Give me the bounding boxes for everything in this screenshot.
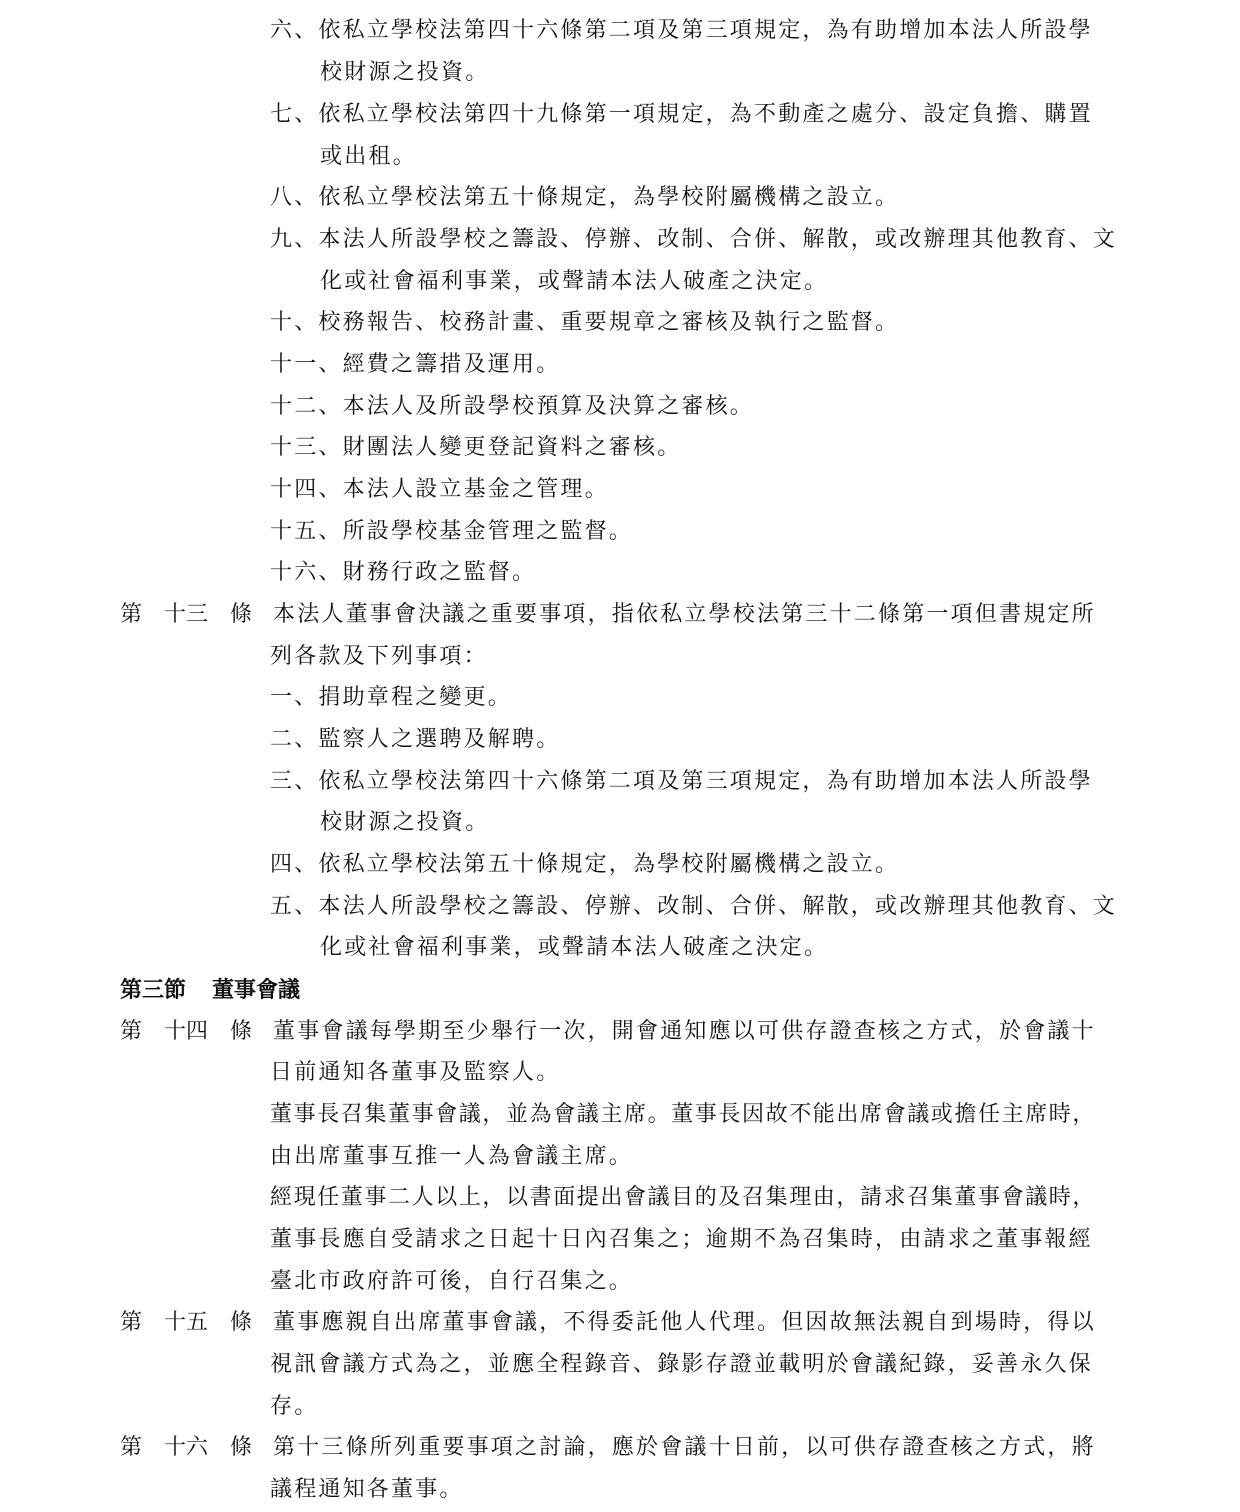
item-text: 本法人所設學校之籌設、停辦、改制、合併、解散，或改辦理其他教育、文 [318, 227, 1117, 252]
item-text: 校務報告、校務計畫、重要規章之審核及執行之監督。 [318, 310, 899, 335]
item-number: 一、 [270, 685, 318, 710]
item-number: 八、 [270, 185, 318, 210]
label-number: 十四 [164, 1011, 208, 1053]
list-item-12: 十二、本法人及所設學校預算及決算之審核。 [270, 386, 754, 428]
item-number: 十三、 [270, 435, 343, 460]
item-text: 經費之籌措及運用。 [343, 352, 561, 377]
item-text: 依私立學校法第四十六條第二項及第三項規定，為有助增加本法人所設學 [318, 18, 1092, 43]
label-prefix: 第 [120, 1011, 142, 1053]
label-number: 十六 [164, 1427, 208, 1469]
article-14-para-2-cont: 由出席董事互推一人為會議主席。 [270, 1136, 633, 1178]
section-heading: 第三節董事會議 [120, 969, 300, 1011]
item-text: 依私立學校法第五十條規定，為學校附屬機構之設立。 [318, 185, 899, 210]
item-number: 十五、 [270, 519, 343, 544]
item-text: 捐助章程之變更。 [318, 685, 512, 710]
label-prefix: 第 [120, 1427, 142, 1469]
label-number: 十五 [164, 1302, 208, 1344]
label-suffix: 條 [230, 1427, 252, 1469]
item-number: 十四、 [270, 477, 343, 502]
article-15-label: 第十五條 [120, 1302, 252, 1344]
list-item-7-cont: 或出租。 [320, 136, 417, 178]
item-text: 本法人所設學校之籌設、停辦、改制、合併、解散，或改辦理其他教育、文 [318, 894, 1117, 919]
item-number: 二、 [270, 727, 318, 752]
item-number: 六、 [270, 18, 318, 43]
article-14-para-2: 董事長召集董事會議，並為會議主席。董事長因故不能出席會議或擔任主席時， [270, 1094, 1096, 1136]
item-number: 十六、 [270, 560, 343, 585]
item-text: 本法人及所設學校預算及決算之審核。 [343, 394, 754, 419]
item-number: 五、 [270, 894, 318, 919]
article-14-para-1: 董事會議每學期至少舉行一次，開會通知應以可供存證查核之方式，於會議十 [273, 1011, 1096, 1053]
list-item-6: 六、依私立學校法第四十六條第二項及第三項規定，為有助增加本法人所設學 [270, 10, 1093, 52]
label-prefix: 第 [120, 594, 142, 636]
list-item-14: 十四、本法人設立基金之管理。 [270, 469, 609, 511]
article-13-item-1: 一、捐助章程之變更。 [270, 677, 512, 719]
label-suffix: 條 [230, 1011, 252, 1053]
label-suffix: 條 [230, 594, 252, 636]
item-text: 財務行政之監督。 [343, 560, 537, 585]
label-prefix: 第 [120, 1302, 142, 1344]
article-14-label: 第十四條 [120, 1011, 252, 1053]
article-15-text: 董事應親自出席董事會議，不得委託他人代理。但因故無法親自到場時，得以 [273, 1302, 1096, 1344]
list-item-7: 七、依私立學校法第四十九條第一項規定，為不動產之處分、設定負擔、購置 [270, 94, 1093, 136]
item-text: 監察人之選聘及解聘。 [318, 727, 560, 752]
list-item-6-cont: 校財源之投資。 [320, 52, 489, 94]
article-13-item-5-cont: 化或社會福利事業，或聲請本法人破產之決定。 [320, 927, 828, 969]
list-item-15: 十五、所設學校基金管理之監督。 [270, 511, 633, 553]
article-14-para-3: 經現任董事二人以上，以書面提出會議目的及召集理由，請求召集董事會議時， [270, 1177, 1096, 1219]
item-number: 九、 [270, 227, 318, 252]
label-suffix: 條 [230, 1302, 252, 1344]
list-item-9-cont: 化或社會福利事業，或聲請本法人破產之決定。 [320, 261, 828, 303]
article-13-item-4: 四、依私立學校法第五十條規定，為學校附屬機構之設立。 [270, 844, 899, 886]
item-number: 三、 [270, 769, 318, 794]
list-item-11: 十一、經費之籌措及運用。 [270, 344, 560, 386]
list-item-13: 十三、財團法人變更登記資料之審核。 [270, 427, 681, 469]
item-text: 所設學校基金管理之監督。 [343, 519, 633, 544]
item-text: 依私立學校法第五十條規定，為學校附屬機構之設立。 [318, 852, 899, 877]
article-14-para-3-cont-1: 董事長應自受請求之日起十日內召集之；逾期不為召集時，由請求之董事報經 [270, 1219, 1093, 1261]
item-text: 財團法人變更登記資料之審核。 [343, 435, 682, 460]
article-13-item-2: 二、監察人之選聘及解聘。 [270, 719, 560, 761]
list-item-8: 八、依私立學校法第五十條規定，為學校附屬機構之設立。 [270, 177, 899, 219]
list-item-16: 十六、財務行政之監督。 [270, 552, 536, 594]
item-text: 依私立學校法第四十六條第二項及第三項規定，為有助增加本法人所設學 [318, 769, 1092, 794]
item-text: 本法人設立基金之管理。 [343, 477, 609, 502]
item-number: 十一、 [270, 352, 343, 377]
article-16-text-cont: 議程通知各董事。 [270, 1469, 464, 1511]
item-number: 十、 [270, 310, 318, 335]
article-13-intro: 本法人董事會決議之重要事項，指依私立學校法第三十二條第一項但書規定所 [273, 594, 1096, 636]
section-number: 第三節 [120, 977, 186, 1003]
article-15-text-cont-2: 存。 [270, 1386, 318, 1428]
item-number: 十二、 [270, 394, 343, 419]
article-13-item-5: 五、本法人所設學校之籌設、停辦、改制、合併、解散，或改辦理其他教育、文 [270, 886, 1117, 928]
section-title: 董事會議 [212, 977, 300, 1003]
article-15-text-cont-1: 視訊會議方式為之，並應全程錄音、錄影存證並載明於會議紀錄，妥善永久保 [270, 1344, 1093, 1386]
article-13-item-3: 三、依私立學校法第四十六條第二項及第三項規定，為有助增加本法人所設學 [270, 761, 1093, 803]
item-text: 依私立學校法第四十九條第一項規定，為不動產之處分、設定負擔、購置 [318, 102, 1092, 127]
article-13-label: 第十三條 [120, 594, 252, 636]
article-13-intro-cont: 列各款及下列事項： [270, 636, 488, 678]
list-item-9: 九、本法人所設學校之籌設、停辦、改制、合併、解散，或改辦理其他教育、文 [270, 219, 1117, 261]
article-14-para-1-cont: 日前通知各董事及監察人。 [270, 1052, 560, 1094]
article-16-text: 第十三條所列重要事項之討論，應於會議十日前，以可供存證查核之方式，將 [273, 1427, 1096, 1469]
label-number: 十三 [164, 594, 208, 636]
article-13-item-3-cont: 校財源之投資。 [320, 802, 489, 844]
item-number: 四、 [270, 852, 318, 877]
article-16-label: 第十六條 [120, 1427, 252, 1469]
article-14-para-3-cont-2: 臺北市政府許可後，自行召集之。 [270, 1261, 633, 1303]
item-number: 七、 [270, 102, 318, 127]
list-item-10: 十、校務報告、校務計畫、重要規章之審核及執行之監督。 [270, 302, 899, 344]
